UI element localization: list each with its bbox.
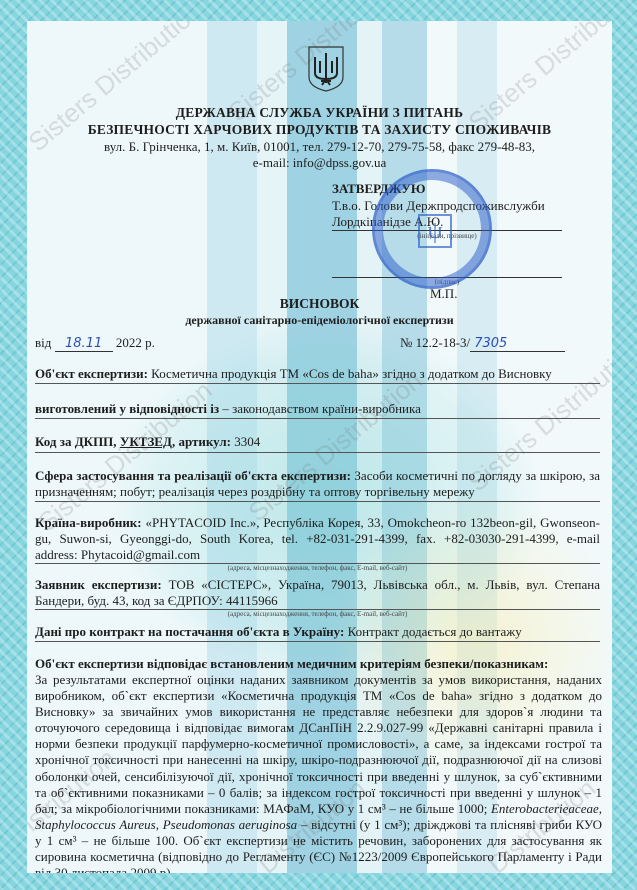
date-handwritten: 18.11 [55,336,113,352]
scope-field: Сфера застосування та реалізації об'єкта… [35,468,600,500]
date-suffix: 2022 р. [116,335,155,350]
object-label: Об'єкт експертизи: [35,366,148,381]
contract-field: Дані про контракт на постачання об'єкта … [35,624,600,640]
number-handwritten: 7305 [470,336,565,352]
code-label: Код за ДКПП, УКТЗЕД, артикул: [35,434,231,449]
address-hint: (адреса, місцезнаходження, телефон, факс… [35,564,600,572]
number-prefix: № 12.2-18-3/ [400,335,470,350]
official-stamp: ψ [372,169,492,289]
document-subtitle: державної санітарно-епідеміологічної екс… [27,313,612,328]
object-value: Косметична продукція ТМ «Cos de baha» зг… [151,366,552,381]
document-title: ВИСНОВОК [27,296,612,312]
agency-name-line2: БЕЗПЕЧНОСТІ ХАРЧОВИХ ПРОДУКТІВ ТА ЗАХИСТ… [27,122,612,138]
country-label: Країна-виробник: [35,515,142,530]
applicant-field: Заявник експертизи: ТОВ «СІСТЕРС», Украї… [35,577,600,609]
document-number: № 12.2-18-3/7305 [400,335,565,352]
applicant-label: Заявник експертизи: [35,577,162,592]
conclusion-text: За результатами експертної оцінки надани… [35,672,602,873]
divider [35,501,600,502]
agency-address: вул. Б. Грінченка, 1, м. Київ, 01001, те… [27,139,612,155]
agency-name-line1: ДЕРЖАВНА СЛУЖБА УКРАЇНИ З ПИТАНЬ [27,105,612,121]
code-field: Код за ДКПП, УКТЗЕД, артикул: 3304 [35,434,600,450]
manufactured-value: – законодавством країни-виробника [222,401,421,416]
agency-email: e-mail: info@dpss.gov.ua [27,155,612,171]
divider [35,641,600,642]
divider [35,452,600,453]
scope-label: Сфера застосування та реалізації об'єкта… [35,468,351,483]
date-prefix: від [35,335,51,350]
address-hint: (адреса, місцезнаходження, телефон, факс… [35,610,600,618]
code-value: 3304 [234,434,260,449]
country-field: Країна-виробник: «PHYTACOID Inc.», Респу… [35,515,600,563]
conclusion-heading: Об'єкт експертизи відповідає встановлени… [35,656,600,672]
divider [35,383,600,384]
document-date: від 18.11 2022 р. [35,335,155,352]
contract-value: Контракт додається до вантажу [348,624,522,639]
coat-of-arms-icon [307,45,345,93]
stamp-trident-icon: ψ [418,214,452,248]
manufactured-label: виготовлений у відповідності із [35,401,219,416]
object-field: Об'єкт експертизи: Косметична продукція … [35,366,600,382]
divider [35,418,600,419]
manufactured-field: виготовлений у відповідності із – законо… [35,401,600,417]
certificate-paper: Sisters Distribution Sisters Distributio… [27,21,612,873]
contract-label: Дані про контракт на постачання об'єкта … [35,624,344,639]
